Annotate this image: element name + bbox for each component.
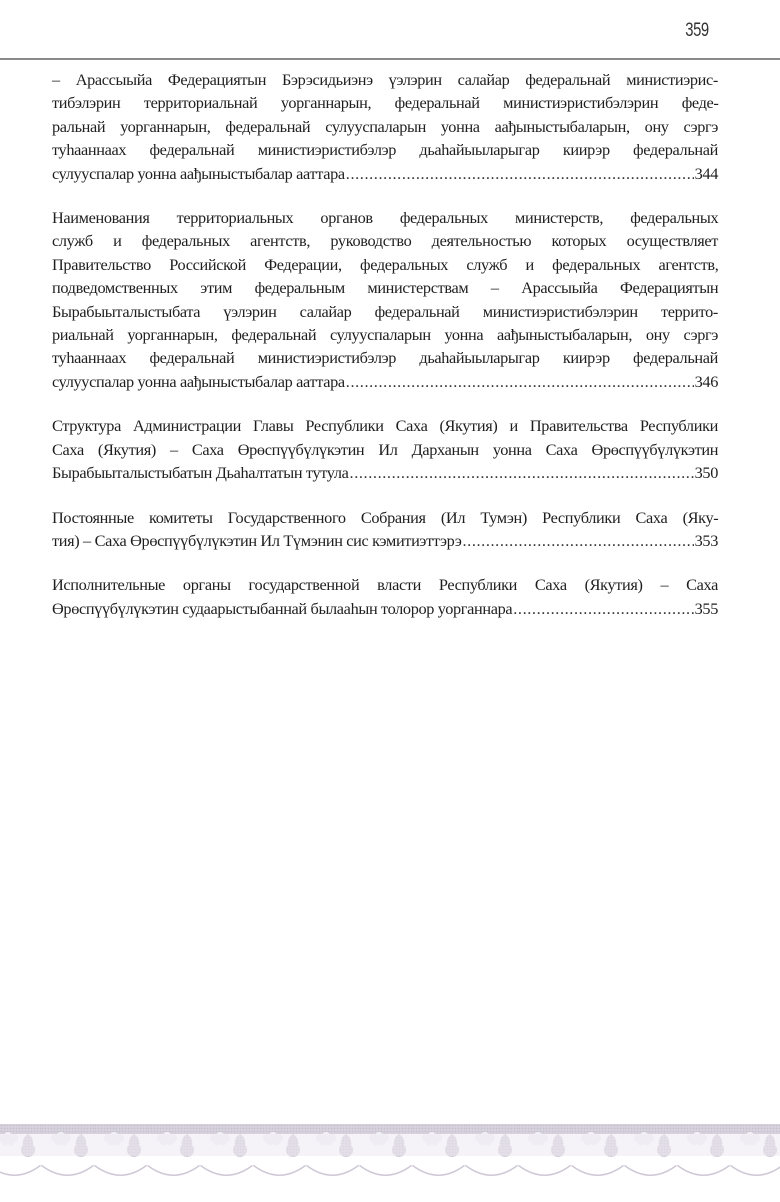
toc-entry-line: Исполнительные органы государственной вл… <box>52 573 718 596</box>
table-of-contents: – Арассыыйа Федерациятын Бэрэсидьиэнэ үэ… <box>52 68 718 620</box>
toc-entry-line: – Арассыыйа Федерациятын Бэрэсидьиэнэ үэ… <box>52 68 718 91</box>
toc-entry-line: служб и федеральных агентств, руководств… <box>52 229 718 252</box>
toc-entry-title-end: Бырабыыталыстыбатын Дьаhалтатын тутула <box>52 461 349 484</box>
toc-entry[interactable]: Наименования территориальных органов фед… <box>52 206 718 393</box>
page-number: 359 <box>678 20 717 42</box>
toc-entry-title-end: Өрөспүүбүлүкэтин судаарыстыбаннай былааh… <box>52 597 512 620</box>
toc-entry-title-end: сулууспалар уонна аађыныстыбалар ааттара <box>52 370 345 393</box>
dot-leader <box>513 597 693 620</box>
toc-entry-last-line: сулууспалар уонна аађыныстыбалар ааттара… <box>52 370 718 393</box>
toc-entry[interactable]: Исполнительные органы государственной вл… <box>52 573 718 620</box>
dot-leader <box>346 162 694 185</box>
dot-leader <box>350 461 694 484</box>
toc-entry-line: Бырабыыталыстыбата үэлэрин салайар федер… <box>52 300 718 323</box>
toc-entry-line: Правительство Российской Федерации, феде… <box>52 253 718 276</box>
toc-page-number[interactable]: 353 <box>695 529 718 552</box>
toc-entry-line: Саха (Якутия) – Саха Өрөспүүбүлүкэтин Ил… <box>52 438 718 461</box>
toc-page-number[interactable]: 350 <box>695 461 718 484</box>
toc-entry-line: туhааннаах федеральнай министиэристибэлэ… <box>52 138 718 161</box>
toc-entry-last-line: Бырабыыталыстыбатын Дьаhалтатын тутула 3… <box>52 461 718 484</box>
toc-entry-line: Постоянные комитеты Государственного Соб… <box>52 506 718 529</box>
toc-entry-last-line: сулууспалар уонна аађыныстыбалар ааттара… <box>52 162 718 185</box>
toc-entry-line: ральнай уорганнарын, федеральнай сулуусп… <box>52 115 718 138</box>
toc-entry-line: подведомственных этим федеральным минист… <box>52 276 718 299</box>
dot-leader <box>346 370 694 393</box>
toc-entry-last-line: тия) – Саха Өрөспүүбүлүкэтин Ил Түмэнин … <box>52 529 718 552</box>
toc-entry[interactable]: – Арассыыйа Федерациятын Бэрэсидьиэнэ үэ… <box>52 68 718 185</box>
toc-entry[interactable]: Постоянные комитеты Государственного Соб… <box>52 506 718 553</box>
toc-entry-title-end: тия) – Саха Өрөспүүбүлүкэтин Ил Түмэнин … <box>52 529 461 552</box>
toc-entry-line: тибэлэрин территориальнай уорганнарын, ф… <box>52 91 718 114</box>
toc-entry-last-line: Өрөспүүбүлүкэтин судаарыстыбаннай былааh… <box>52 597 718 620</box>
header-rule <box>0 58 780 60</box>
toc-entry-line: туhааннаах федеральнай министиэристибэлэ… <box>52 346 718 369</box>
toc-page-number[interactable]: 355 <box>695 597 718 620</box>
toc-entry-line: Структура Администрации Главы Республики… <box>52 414 718 437</box>
toc-entry-title-end: сулууспалар уонна аађыныстыбалар ааттара <box>52 162 345 185</box>
toc-page-number[interactable]: 346 <box>695 370 718 393</box>
decorative-lace-border <box>0 1124 780 1188</box>
toc-entry[interactable]: Структура Администрации Главы Республики… <box>52 414 718 484</box>
toc-entry-line: Наименования территориальных органов фед… <box>52 206 718 229</box>
dot-leader <box>462 529 693 552</box>
toc-entry-line: риальнай уорганнарын, федеральнай сулуус… <box>52 323 718 346</box>
toc-page-number[interactable]: 344 <box>695 162 718 185</box>
